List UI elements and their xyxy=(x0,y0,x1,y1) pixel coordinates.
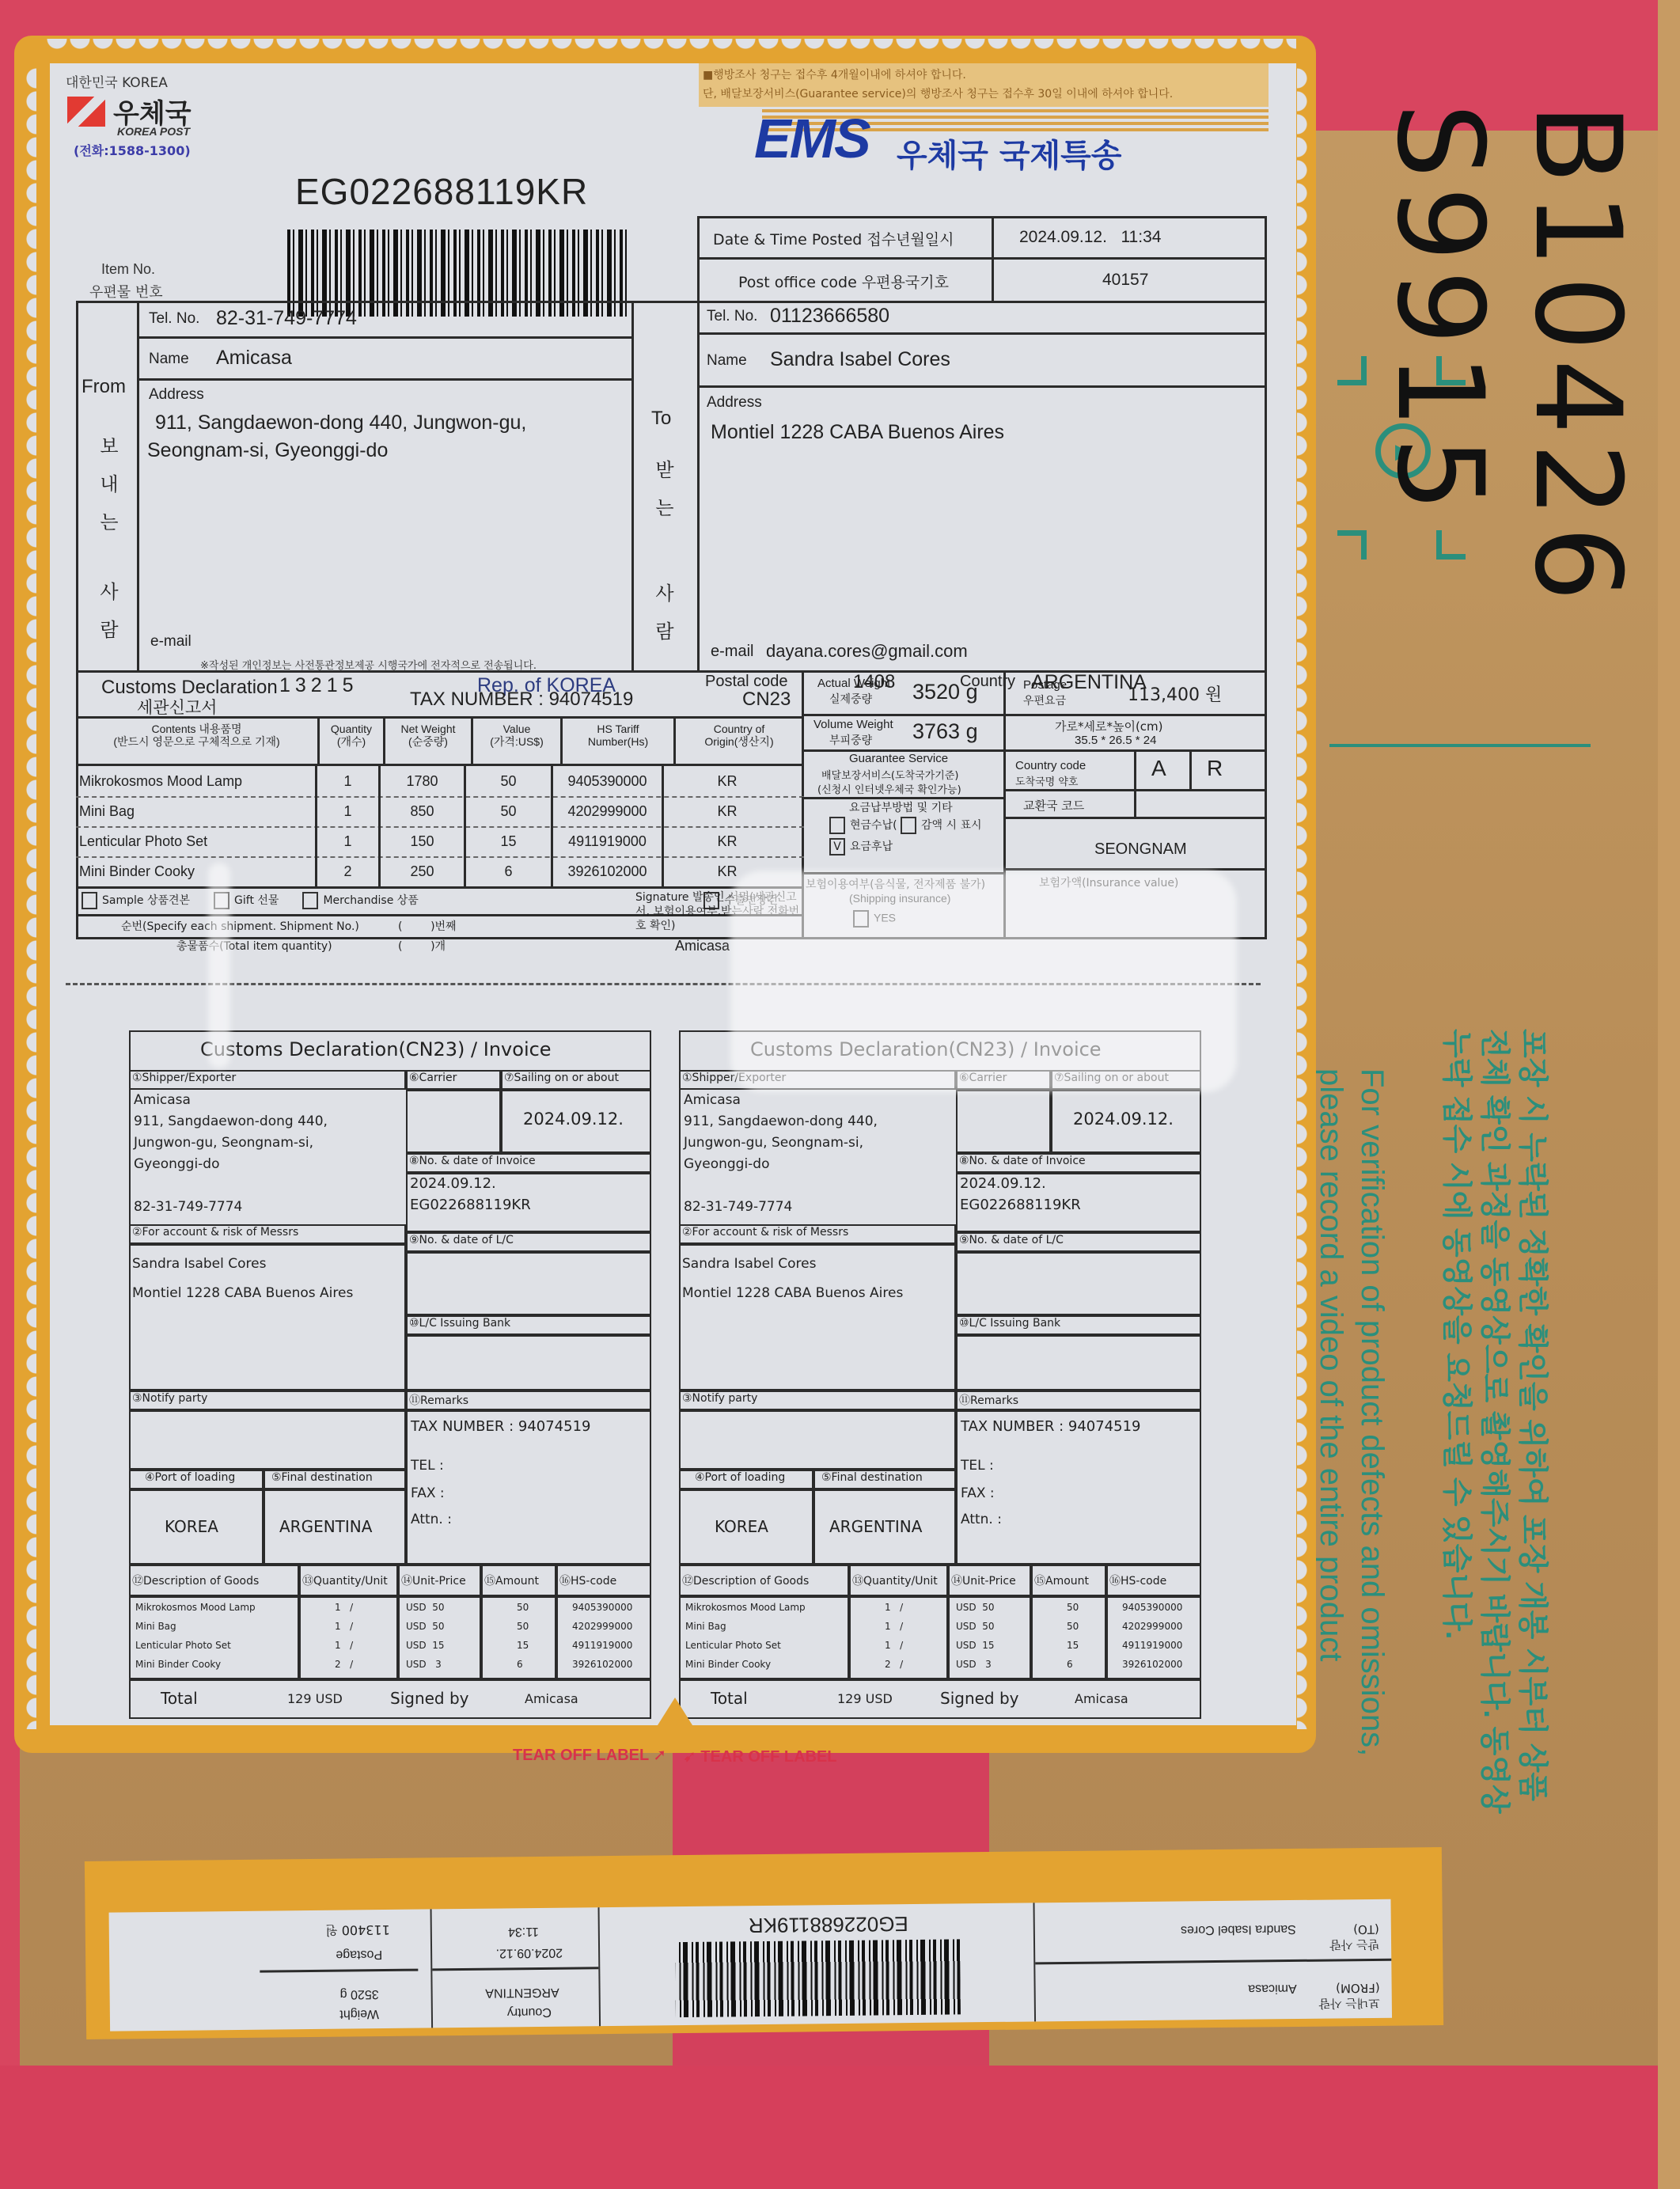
shipper-line: Gyeonggi-do xyxy=(684,1156,770,1172)
customs-cell-quantity: 1 xyxy=(317,826,381,856)
column-header: Value (가격:US$) xyxy=(473,716,563,764)
to-label: To xyxy=(651,408,671,430)
shipper-line: 911, Sangdaewon-dong 440, xyxy=(684,1113,878,1129)
receipt-stub: 보내는 사람 (FROM) Amicasa 받는 사람 (TO) Sandra … xyxy=(85,1847,1443,2039)
guarantee-label: Guarantee Service xyxy=(849,752,948,765)
char: 보 xyxy=(97,427,121,465)
remarks-label: ⑪Remarks xyxy=(959,1392,1018,1408)
goods-column-header: ⑯HS-code xyxy=(1109,1573,1166,1588)
actual-weight-label: Actual Weight xyxy=(817,677,890,690)
customs-title-kr: 세관신고서 xyxy=(137,695,217,719)
shipper-line: 82-31-749-7774 xyxy=(684,1199,792,1215)
checkbox[interactable] xyxy=(829,817,845,834)
char: 람 xyxy=(97,611,121,649)
destination-label: ⑤Final destination xyxy=(821,1471,923,1484)
recipient-address: Montiel 1228 CABA Buenos Aires xyxy=(711,421,1004,444)
remarks-tel: TEL : xyxy=(961,1458,994,1474)
customs-cell-quantity: 1 xyxy=(317,766,381,796)
stub-weight-label: Weight xyxy=(339,2006,379,2021)
invoice-no-label: ⑧No. & date of Invoice xyxy=(409,1155,536,1167)
invoice-copy-left: Customs Declaration(CN23) / Invoice①Ship… xyxy=(129,1030,651,1723)
korea-label: 대한민국 KOREA xyxy=(66,71,168,91)
total-quantity-value: ( )개 xyxy=(398,938,446,954)
checkbox-checked[interactable]: V xyxy=(829,838,845,855)
column-header: Contents 내용품명 (반드시 영문으로 구체적으로 기재) xyxy=(76,716,320,764)
char: 사 xyxy=(653,575,677,613)
tracking-number: EG022688119KR xyxy=(295,170,588,213)
goods-column-header: ⑮Amount xyxy=(1034,1573,1089,1588)
guarantee-note: (신청시 인터넷우체국 확인가능) xyxy=(817,781,961,796)
label-border-top xyxy=(46,39,1296,58)
total-quantity-label: 총물품수(Total item quantity) xyxy=(176,938,332,954)
goods-cell-amount: 6 xyxy=(517,1659,523,1670)
recipient-tel-label: Tel. No. xyxy=(707,308,757,325)
port-label: ④Port of loading xyxy=(145,1471,235,1484)
divider xyxy=(1035,1959,1391,1965)
customs-cell-hs: 9405390000 xyxy=(553,766,664,796)
receipt-stub-body: 보내는 사람 (FROM) Amicasa 받는 사람 (TO) Sandra … xyxy=(109,1899,1392,2032)
signature-value: Amicasa xyxy=(675,938,730,954)
stub-parties: 보내는 사람 (FROM) Amicasa 받는 사람 (TO) Sandra … xyxy=(1033,1899,1392,2022)
port-value: KOREA xyxy=(715,1517,768,1536)
goods-cell-description: Mini Bag xyxy=(135,1621,176,1632)
goods-cell-hs: 9405390000 xyxy=(1122,1602,1182,1613)
char: 내 xyxy=(97,465,121,503)
total-value: 129 USD xyxy=(837,1691,893,1706)
sailing-date: 2024.09.12. xyxy=(1073,1110,1174,1129)
stub-barcode xyxy=(675,1939,961,2017)
stub-weight-postage: Weight 3520 g Postage 113400 원 xyxy=(252,1909,435,2029)
post-office-code: 40157 xyxy=(1102,271,1148,290)
bank-label: ⑩L/C Issuing Bank xyxy=(409,1317,510,1330)
customs-cell-origin: KR xyxy=(664,826,791,856)
shipment-no-label: 순번(Specify each shipment. Shipment No.) xyxy=(121,918,359,934)
divider xyxy=(1003,817,1267,819)
shipper-line: 911, Sangdaewon-dong 440, xyxy=(134,1113,328,1129)
payment-deferred-option[interactable]: V요금후납 xyxy=(829,838,893,855)
shipper-line: Jungwon-gu, Seongnam-si, xyxy=(134,1135,313,1151)
divider xyxy=(1189,749,1192,789)
customs-cell-contents: Mini Binder Cooky xyxy=(76,856,317,886)
goods-cell-description: Mini Binder Cooky xyxy=(685,1659,771,1670)
account-label: ②For account & risk of Messrs xyxy=(682,1226,848,1239)
goods-cell-unit-price: USD 50 xyxy=(406,1621,445,1632)
label-body: 대한민국 KOREA 우체국 KOREA POST (전화:1588-1300)… xyxy=(50,63,1296,1725)
customs-cell-net-weight: 850 xyxy=(381,796,466,826)
goods-cell-amount: 15 xyxy=(517,1640,529,1651)
volume-weight: 3763 g xyxy=(912,719,978,744)
char: 는 xyxy=(653,489,677,527)
from-label-kr: 보 내 는 사 람 xyxy=(97,427,121,649)
goods-cell-unit-price: USD 50 xyxy=(956,1621,995,1632)
label-border-right xyxy=(1297,67,1316,1729)
category-option[interactable]: Sample 상품견본 xyxy=(82,892,190,909)
customs-cell-origin: KR xyxy=(664,796,791,826)
column-header: HS Tariff Number(Hs) xyxy=(563,716,676,764)
invoice-no-label: ⑧No. & date of Invoice xyxy=(959,1155,1086,1167)
guarantee-label-kr: 배달보장서비스(도착국가기준) xyxy=(821,767,958,782)
stub-tracking-number: EG022688119KR xyxy=(749,1911,908,1937)
signed-value: Amicasa xyxy=(1075,1691,1128,1706)
customs-cell-value: 6 xyxy=(466,856,553,886)
shipper-line: Jungwon-gu, Seongnam-si, xyxy=(684,1135,863,1151)
goods-cell-unit-price: USD 3 xyxy=(406,1659,442,1670)
payment-label: 요금납부방법 및 기타 xyxy=(849,799,953,815)
date-time-label: Date & Time Posted 접수년월일시 xyxy=(713,228,954,249)
goods-cell-hs: 3926102000 xyxy=(1122,1659,1182,1670)
remarks-fax: FAX : xyxy=(961,1485,995,1501)
sender-tel: 82-31-749-7774 xyxy=(216,307,357,330)
goods-cell-amount: 50 xyxy=(517,1621,529,1632)
goods-column-header: ⑯HS-code xyxy=(559,1573,616,1588)
recipient-name: Sandra Isabel Cores xyxy=(770,348,950,371)
goods-cell-amount: 6 xyxy=(1067,1659,1073,1670)
divider xyxy=(137,336,634,339)
customs-cell-net-weight: 1780 xyxy=(381,766,466,796)
account-label: ②For account & risk of Messrs xyxy=(132,1226,298,1239)
goods-cell-description: Mikrokosmos Mood Lamp xyxy=(685,1602,806,1613)
remarks-label: ⑪Remarks xyxy=(409,1392,468,1408)
goods-cell-hs: 4911919000 xyxy=(572,1640,632,1651)
divider xyxy=(137,378,634,381)
option-label: 현금수납( xyxy=(850,819,897,832)
remarks-attn: Attn. : xyxy=(411,1512,452,1527)
customs-cell-origin: KR xyxy=(664,766,791,796)
sailing-date: 2024.09.12. xyxy=(523,1110,624,1129)
account-cell xyxy=(679,1244,956,1390)
handwritten-code: B10426 S9915 xyxy=(1371,103,1646,609)
customs-row: Mikrokosmos Mood Lamp11780509405390000KR xyxy=(76,766,804,798)
column-header: Quantity (개수) xyxy=(320,716,385,764)
customs-cell-hs: 3926102000 xyxy=(553,856,664,886)
goods-cell-unit-price: USD 3 xyxy=(956,1659,992,1670)
char: 람 xyxy=(653,613,677,651)
remarks-fax: FAX : xyxy=(411,1485,445,1501)
exchange-code-label: 교환국 코드 xyxy=(1023,797,1084,814)
total-label: Total xyxy=(711,1689,748,1708)
customs-cell-net-weight: 150 xyxy=(381,826,466,856)
actual-weight: 3520 g xyxy=(912,680,978,704)
invoice-number: EG022688119KR xyxy=(960,1197,1081,1213)
volume-weight-label: Volume Weight xyxy=(813,718,893,731)
tear-off-left: TEAR OFF LABEL ➚ xyxy=(513,1745,666,1765)
lc-cell xyxy=(406,1252,651,1315)
goods-column-header: ⑬Quantity/Unit xyxy=(302,1573,388,1588)
stub-country: ARGENTINA xyxy=(485,1985,559,2000)
divider xyxy=(432,1967,598,1971)
goods-cell-hs: 4202999000 xyxy=(1122,1621,1182,1632)
goods-cell-description: Mini Binder Cooky xyxy=(135,1659,221,1670)
carrier-label: ⑥Carrier xyxy=(409,1072,457,1084)
account-cell xyxy=(129,1244,406,1390)
sender-name: Amicasa xyxy=(216,347,292,370)
post-name-en: KOREA POST xyxy=(117,125,190,138)
recipient-tel: 01123666580 xyxy=(770,305,889,328)
checkbox[interactable] xyxy=(302,892,318,909)
divider xyxy=(260,1969,418,1973)
char: 사 xyxy=(97,573,121,611)
goods-column-header: ⑭Unit-Price xyxy=(951,1573,1016,1588)
sender-name-label: Name xyxy=(149,351,189,368)
goods-column-header: ⑬Quantity/Unit xyxy=(852,1573,938,1588)
ems-subtitle: 우체국 국제특송 xyxy=(897,131,1121,176)
post-office-name: SEONGNAM xyxy=(1094,840,1187,859)
tape-glare xyxy=(730,871,1237,1092)
goods-cell-quantity: 1 / xyxy=(885,1640,903,1651)
goods-cell-description: Mikrokosmos Mood Lamp xyxy=(135,1602,256,1613)
bank-cell xyxy=(956,1335,1201,1390)
goods-cell-quantity: 2 / xyxy=(335,1659,353,1670)
sender-address-line-1: 911, Sangdaewon-dong 440, Jungwon-gu, xyxy=(155,412,526,434)
ems-shipping-label: 대한민국 KOREA 우체국 KOREA POST (전화:1588-1300)… xyxy=(14,36,1316,1753)
shipper-label: ①Shipper/Exporter xyxy=(132,1072,236,1084)
customs-cell-hs: 4911919000 xyxy=(553,826,664,856)
notify-label: ③Notify party xyxy=(682,1392,757,1405)
sender-address-label: Address xyxy=(149,386,204,404)
option-label: 감액 시 표시 xyxy=(921,819,982,832)
korea-post-logo-icon xyxy=(67,97,105,127)
goods-cell-hs: 4202999000 xyxy=(572,1621,632,1632)
invoice-date: 2024.09.12. xyxy=(960,1175,1046,1192)
postage-label-kr: 우편요금 xyxy=(1023,692,1066,708)
signed-value: Amicasa xyxy=(525,1691,578,1706)
customs-cell-value: 50 xyxy=(466,796,553,826)
dimensions-label: 가로*세로*높이(cm) xyxy=(1055,718,1163,734)
packing-tape-bottom xyxy=(0,2066,1680,2189)
customs-header-row: Contents 내용품명 (반드시 영문으로 구체적으로 기재) Quanti… xyxy=(76,716,802,764)
box-edge xyxy=(1658,0,1680,2189)
invoice-title: Customs Declaration(CN23) / Invoice xyxy=(200,1038,552,1060)
label-border-left xyxy=(17,67,36,1729)
goods-cell-quantity: 1 / xyxy=(335,1602,353,1613)
char: 받 xyxy=(653,451,677,489)
shipper-line: Amicasa xyxy=(134,1092,191,1108)
goods-cell-description: Lenticular Photo Set xyxy=(135,1640,231,1651)
column-header: Country of Origin(생산지) xyxy=(676,716,802,764)
stub-time: 11:34 xyxy=(508,1924,539,1938)
total-label: Total xyxy=(161,1689,198,1708)
sender-email-label: e-mail xyxy=(150,633,192,651)
total-value: 129 USD xyxy=(287,1691,343,1706)
payment-cash-option[interactable]: 현금수납( 감액 시 표시 xyxy=(829,817,982,834)
country-code-char-1: A xyxy=(1151,756,1166,781)
recipient-address-label: Address xyxy=(707,394,762,412)
goods-cell-description: Mini Bag xyxy=(685,1621,726,1632)
stub-weight: 3520 g xyxy=(340,1986,379,2001)
shipper-line: Amicasa xyxy=(684,1092,741,1108)
invoice-number: EG022688119KR xyxy=(410,1197,531,1213)
carrier-value-cell xyxy=(956,1090,1051,1153)
shipper-line: Gyeonggi-do xyxy=(134,1156,220,1172)
goods-cell-description: Lenticular Photo Set xyxy=(685,1640,781,1651)
item-no-label: Item No. xyxy=(101,261,155,278)
goods-cell-quantity: 1 / xyxy=(885,1602,903,1613)
dimensions-value: 35.5 * 26.5 * 24 xyxy=(1075,734,1156,747)
recipient-name-label: Name xyxy=(707,352,747,370)
goods-cell-unit-price: USD 15 xyxy=(406,1640,445,1651)
shipper-line: 82-31-749-7774 xyxy=(134,1199,242,1215)
country-code-label-kr: 도착국명 약호 xyxy=(1015,773,1078,788)
spacer xyxy=(653,527,677,575)
customs-cell-quantity: 1 xyxy=(317,796,381,826)
remarks-tax: TAX NUMBER : 94074519 xyxy=(411,1418,591,1435)
goods-cell-hs: 3926102000 xyxy=(572,1659,632,1670)
goods-column-header: ⑫Description of Goods xyxy=(682,1573,809,1588)
carrier-value-cell xyxy=(406,1090,501,1153)
stub-country-label: Country xyxy=(507,2005,552,2020)
customs-form-code: CN23 xyxy=(742,689,791,711)
notify-cell xyxy=(129,1410,406,1470)
item-no-label-kr: 우편물 번호 xyxy=(89,281,163,302)
invoice-date: 2024.09.12. xyxy=(410,1175,496,1192)
customs-cell-contents: Mikrokosmos Mood Lamp xyxy=(76,766,317,796)
char: 는 xyxy=(97,503,121,541)
lc-cell xyxy=(956,1252,1201,1315)
goods-cell-hs: 4911919000 xyxy=(1122,1640,1182,1651)
goods-cell-quantity: 1 / xyxy=(335,1640,353,1651)
goods-column-header: ⑫Description of Goods xyxy=(132,1573,259,1588)
destination-value: ARGENTINA xyxy=(279,1517,372,1536)
postage-label: Postage xyxy=(1023,678,1067,692)
customs-cell-hs: 4202999000 xyxy=(553,796,664,826)
postage-amount: 113,400 원 xyxy=(1128,681,1222,706)
stub-date: 2024.09.12. xyxy=(495,1945,563,1960)
spacer xyxy=(97,541,121,573)
bank-cell xyxy=(406,1335,651,1390)
column-header: Net Weight (순중량) xyxy=(385,716,473,764)
customs-row: Mini Binder Cooky225063926102000KR xyxy=(76,856,804,886)
notice-line-2: 단, 배달보장서비스(Guarantee service)의 행방조사 청구는 … xyxy=(703,85,1173,101)
customs-row: Mini Bag1850504202999000KR xyxy=(76,796,804,828)
notify-cell xyxy=(679,1410,956,1470)
recipient-email: dayana.cores@gmail.com xyxy=(766,641,968,662)
customs-cell-value: 50 xyxy=(466,766,553,796)
customs-tax-number: TAX NUMBER : 94074519 xyxy=(410,689,633,711)
goods-cell-quantity: 1 / xyxy=(335,1621,353,1632)
goods-cell-amount: 15 xyxy=(1067,1640,1079,1651)
remarks-attn: Attn. : xyxy=(961,1512,1002,1527)
option-label: 요금후납 xyxy=(850,840,893,853)
sailing-label: ⑦Sailing on or about xyxy=(504,1072,619,1084)
box-notice-korean: 포장 시 누락된 정확한 확인을 위하여 포장 개봉 시부터 상품 전체 확인 … xyxy=(1393,1029,1551,1820)
stub-from-label: 보내는 사람 (FROM) xyxy=(1318,1981,1380,2013)
tape-glare xyxy=(208,863,230,1068)
category-option[interactable]: Merchandise 상품 xyxy=(302,892,418,909)
stub-postage: 113400 원 xyxy=(325,1922,390,1941)
signed-label: Signed by xyxy=(940,1689,1019,1708)
goods-column-header: ⑭Unit-Price xyxy=(401,1573,466,1588)
customs-row: Lenticular Photo Set1150154911919000KR xyxy=(76,826,804,858)
post-phone: (전화:1588-1300) xyxy=(74,141,191,159)
goods-cell-unit-price: USD 15 xyxy=(956,1640,995,1651)
date-time-value: 2024.09.12. 11:34 xyxy=(1019,228,1161,247)
stub-to-label: 받는 사람 (TO) xyxy=(1329,1922,1379,1954)
box-print-line xyxy=(1329,744,1591,747)
notify-label: ③Notify party xyxy=(132,1392,207,1405)
divider xyxy=(1134,749,1136,817)
goods-cell-unit-price: USD 50 xyxy=(956,1602,995,1613)
goods-cell-hs: 9405390000 xyxy=(572,1602,632,1613)
destination-label: ⑤Final destination xyxy=(271,1471,373,1484)
goods-cell-quantity: 2 / xyxy=(885,1659,903,1670)
divider xyxy=(802,714,1267,716)
option-label: Sample 상품견본 xyxy=(102,894,190,907)
checkbox[interactable] xyxy=(82,892,97,909)
post-office-label: Post office code 우편용국기호 xyxy=(738,271,949,292)
destination-value: ARGENTINA xyxy=(829,1517,922,1536)
option-label: Gift 선물 xyxy=(234,894,279,907)
notice-line-1: ■행방조사 청구는 접수후 4개월이내에 하셔야 합니다. xyxy=(703,66,966,82)
customs-cell-contents: Mini Bag xyxy=(76,796,317,826)
goods-cell-quantity: 1 / xyxy=(885,1621,903,1632)
checkbox[interactable] xyxy=(901,817,916,834)
actual-weight-label-kr: 실제중량 xyxy=(829,691,872,707)
divider xyxy=(697,332,1267,335)
goods-cell-amount: 50 xyxy=(1067,1602,1079,1613)
divider xyxy=(697,385,1267,388)
lc-label: ⑨No. & date of L/C xyxy=(959,1234,1064,1246)
goods-cell-amount: 50 xyxy=(517,1602,529,1613)
stub-postage-label: Postage xyxy=(336,1947,382,1962)
customs-cell-contents: Lenticular Photo Set xyxy=(76,826,317,856)
to-label-kr: 받 는 사 람 xyxy=(653,451,677,651)
remarks-tel: TEL : xyxy=(411,1458,444,1474)
ems-logo: EMS xyxy=(754,107,870,170)
invoice-copy-right: Customs Declaration(CN23) / Invoice①Ship… xyxy=(679,1030,1201,1723)
option-label: Merchandise 상품 xyxy=(323,894,418,907)
divider xyxy=(697,301,700,673)
tear-off-right: ➹ TEAR OFF LABEL xyxy=(683,1747,837,1766)
goods-cell-amount: 50 xyxy=(1067,1621,1079,1632)
sender-tel-label: Tel. No. xyxy=(149,310,199,328)
customs-cell-quantity: 2 xyxy=(317,856,381,886)
remarks-tax: TAX NUMBER : 94074519 xyxy=(961,1418,1141,1435)
tear-notch xyxy=(658,1698,692,1725)
recipient-email-label: e-mail xyxy=(711,643,753,661)
stub-from: Amicasa xyxy=(1248,1981,1297,1996)
bank-label: ⑩L/C Issuing Bank xyxy=(959,1317,1060,1330)
from-label: From xyxy=(82,376,126,398)
country-code-label: Country code xyxy=(1015,759,1086,772)
stub-country-date: Country ARGENTINA 2024.09.12. 11:34 xyxy=(430,1907,601,2028)
shipment-no-value: ( )번째 xyxy=(398,918,457,934)
lc-label: ⑨No. & date of L/C xyxy=(409,1234,514,1246)
goods-column-header: ⑮Amount xyxy=(484,1573,539,1588)
stub-to: Sandra Isabel Cores xyxy=(1181,1922,1296,1937)
divider xyxy=(137,301,139,673)
customs-cell-value: 15 xyxy=(466,826,553,856)
country-code-char-2: R xyxy=(1207,756,1223,781)
signed-label: Signed by xyxy=(390,1689,469,1708)
sender-address-line-2: Seongnam-si, Gyeonggi-do xyxy=(147,439,388,462)
goods-cell-unit-price: USD 50 xyxy=(406,1602,445,1613)
port-value: KOREA xyxy=(165,1517,218,1536)
customs-cell-net-weight: 250 xyxy=(381,856,466,886)
volume-weight-label-kr: 부피중량 xyxy=(829,732,872,748)
port-label: ④Port of loading xyxy=(695,1471,785,1484)
